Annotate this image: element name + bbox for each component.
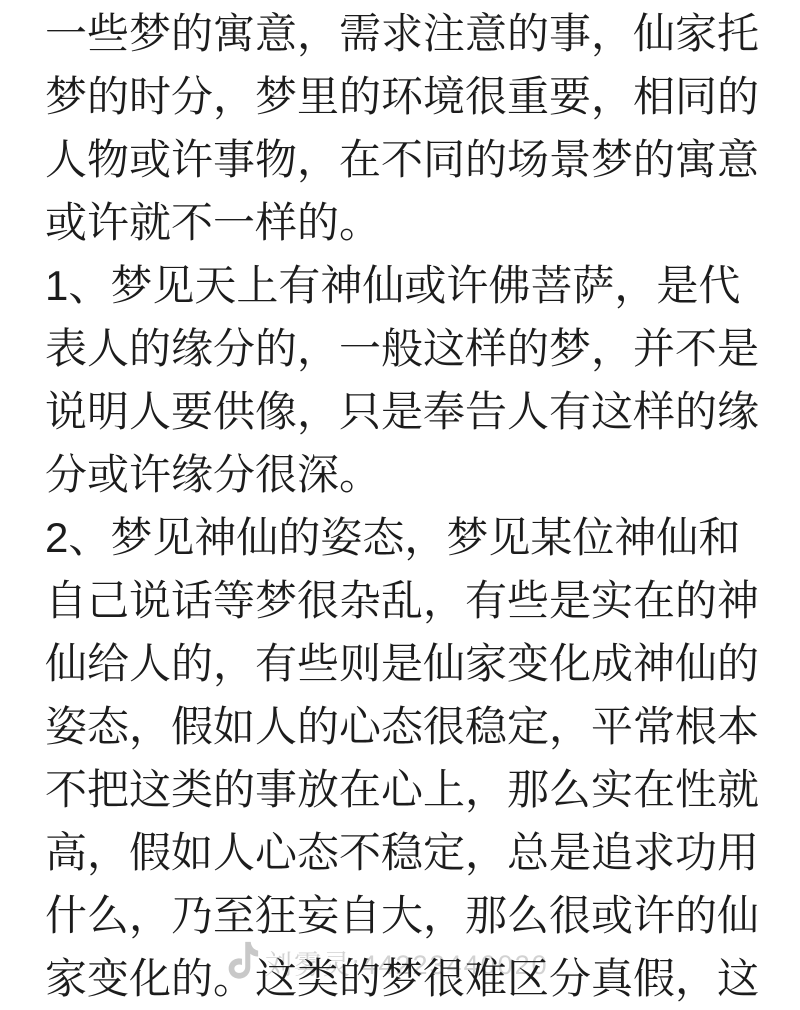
page: 刘雾灵:44223440020 一些梦的寓意，需求注意的事，仙家托梦的时分，梦里… (0, 0, 800, 1010)
paragraph-intro: 一些梦的寓意，需求注意的事，仙家托梦的时分，梦里的环境很重要，相同的人物或许事物… (45, 2, 765, 254)
paragraph-item-2: 2、梦见神仙的姿态，梦见某位神仙和自己说话等梦很杂乱，有些是实在的神仙给人的，有… (45, 506, 765, 1010)
paragraph-item-1: 1、梦见天上有神仙或许佛菩萨，是代表人的缘分的，一般这样的梦，并不是说明人要供像… (45, 254, 765, 506)
article: 一些梦的寓意，需求注意的事，仙家托梦的时分，梦里的环境很重要，相同的人物或许事物… (0, 0, 800, 1010)
